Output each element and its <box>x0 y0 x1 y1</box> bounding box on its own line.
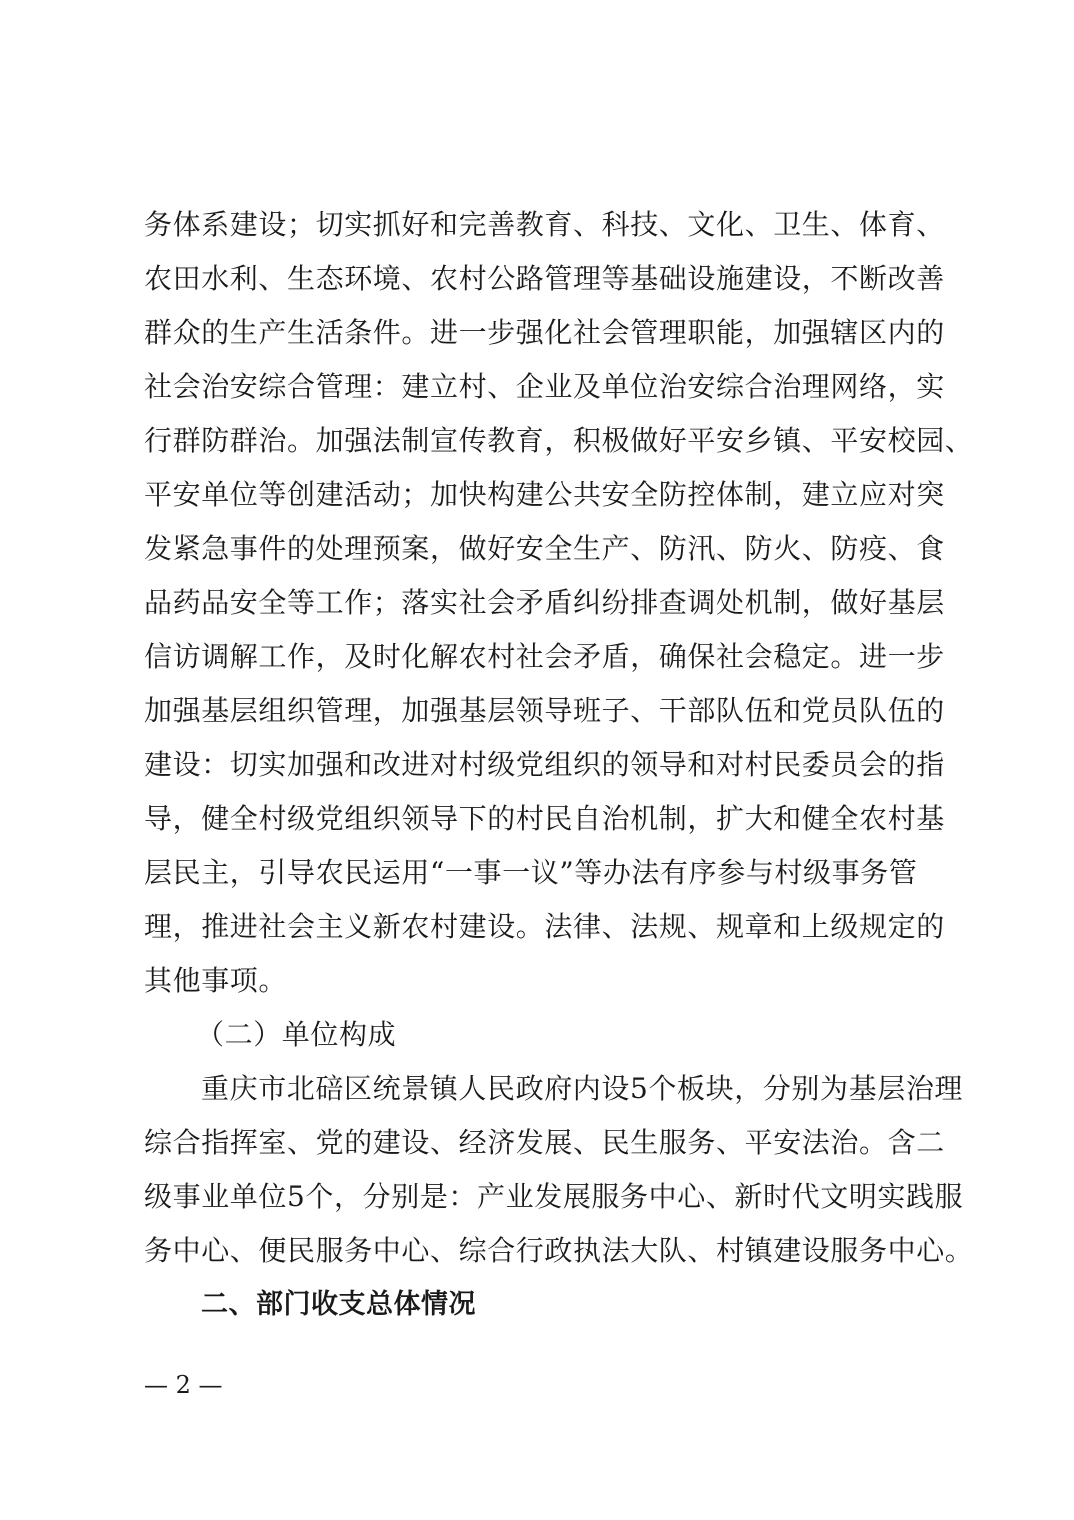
text-line: 品药品安全等工作；落实社会矛盾纠纷排查调处机制，做好基层 <box>144 585 974 621</box>
text-line: 信访调解工作，及时化解农村社会矛盾，确保社会稳定。进一步 <box>144 639 974 675</box>
text-line: 建设：切实加强和改进对村级党组织的领导和对村民委员会的指 <box>144 747 974 783</box>
text-line: 行群防群治。加强法制宣传教育，积极做好平安乡镇、平安校园、 <box>144 423 974 459</box>
text-line: 务中心、便民服务中心、综合行政执法大队、村镇建设服务中心。 <box>144 1233 974 1269</box>
text-line: 导，健全村级党组织领导下的村民自治机制，扩大和健全农村基 <box>144 801 974 837</box>
text-line: 级事业单位5个，分别是：产业发展服务中心、新时代文明实践服 <box>144 1179 974 1215</box>
section-heading: 二、部门收支总体情况 <box>201 1287 476 1323</box>
subheading-unit-composition: （二）单位构成 <box>196 1017 1026 1053</box>
text-line: 加强基层组织管理，加强基层领导班子、干部队伍和党员队伍的 <box>144 693 974 729</box>
text-line: 农田水利、生态环境、农村公路管理等基础设施建设，不断改善 <box>144 261 974 297</box>
text-line: 平安单位等创建活动；加快构建公共安全防控体制，建立应对突 <box>144 477 974 513</box>
text-line: 综合指挥室、党的建设、经济发展、民生服务、平安法治。含二 <box>144 1125 974 1161</box>
document-page: 务体系建设；切实抓好和完善教育、科技、文化、卫生、体育、 农田水利、生态环境、农… <box>0 0 1074 1520</box>
text-line: 重庆市北碚区统景镇人民政府内设5个板块，分别为基层治理 <box>201 1071 1031 1107</box>
text-line: 社会治安综合管理：建立村、企业及单位治安综合治理网络，实 <box>144 369 974 405</box>
page-number: — 2 — <box>144 1370 223 1400</box>
text-line: 发紧急事件的处理预案，做好安全生产、防汛、防火、防疫、食 <box>144 531 974 567</box>
text-line: 层民主，引导农民运用“一事一议”等办法有序参与村级事务管 <box>144 855 974 891</box>
text-line: 其他事项。 <box>144 963 974 999</box>
text-line: 务体系建设；切实抓好和完善教育、科技、文化、卫生、体育、 <box>144 207 974 243</box>
text-line: 理，推进社会主义新农村建设。法律、法规、规章和上级规定的 <box>144 909 974 945</box>
text-line: 群众的生产生活条件。进一步强化社会管理职能，加强辖区内的 <box>144 315 974 351</box>
